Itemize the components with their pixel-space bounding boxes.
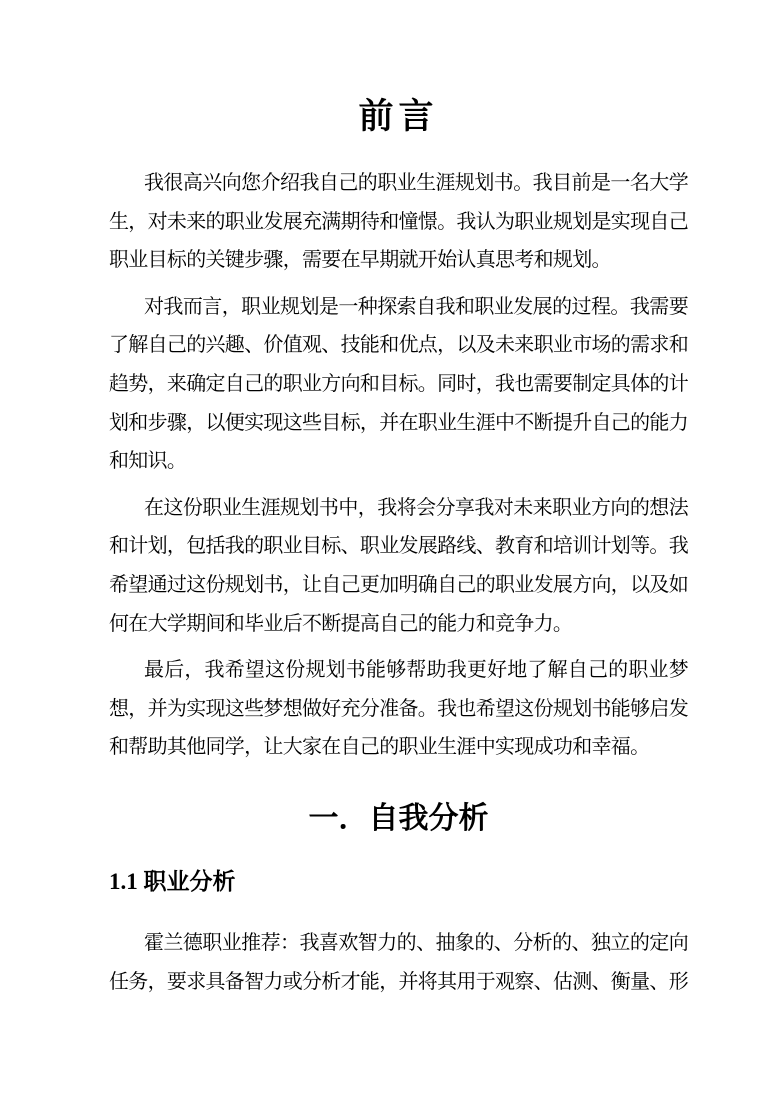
preface-paragraph-2: 对我而言，职业规划是一种探索自我和职业发展的过程。我需要了解自己的兴趣、价值观、… xyxy=(109,288,688,481)
preface-paragraph-3: 在这份职业生涯规划书中，我将会分享我对未来职业方向的想法和计划，包括我的职业目标… xyxy=(109,489,688,643)
section-heading-self-analysis: 一．自我分析 xyxy=(109,799,688,839)
document-page: 前言 我很高兴向您介绍我自己的职业生涯规划书。我目前是一名大学生，对未来的职业发… xyxy=(0,0,774,1095)
preface-paragraph-4: 最后，我希望这份规划书能够帮助我更好地了解自己的职业梦想，并为实现这些梦想做好充… xyxy=(109,651,688,767)
career-analysis-paragraph: 霍兰德职业推荐：我喜欢智力的、抽象的、分析的、独立的定向任务，要求具备智力或分析… xyxy=(109,924,688,1001)
document-title: 前言 xyxy=(109,96,688,138)
subsection-heading-career-analysis: 1.1 职业分析 xyxy=(109,867,688,897)
preface-paragraph-1: 我很高兴向您介绍我自己的职业生涯规划书。我目前是一名大学生，对未来的职业发展充满… xyxy=(109,164,688,280)
